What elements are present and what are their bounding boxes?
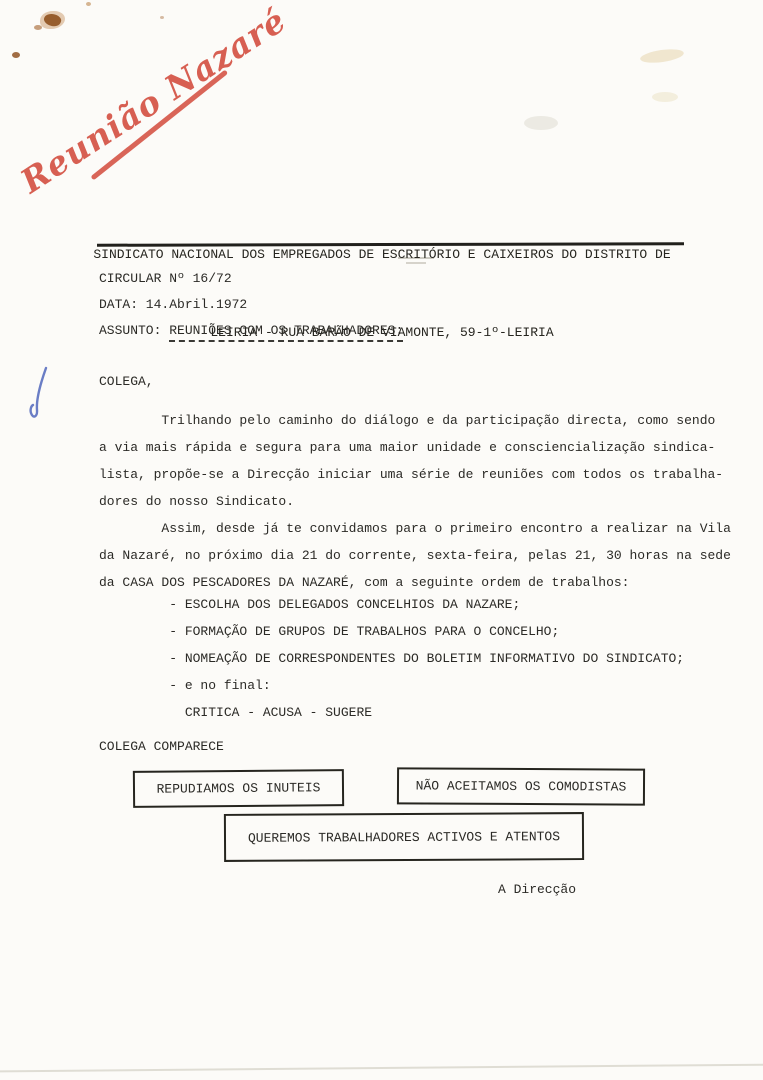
scanned-circular-page: Reunião Nazaré SINDICATO NACIONAL DOS EM… bbox=[0, 0, 763, 1080]
paragraph-2: Assim, desde já te convidamos para o pri… bbox=[99, 515, 731, 596]
signature: A Direcção bbox=[498, 876, 576, 903]
text-line: lista, propõe-se a Direcção iniciar uma … bbox=[99, 461, 723, 488]
agenda-list: - ESCOLHA DOS DELEGADOS CONCELHIOS DA NA… bbox=[99, 591, 684, 726]
text-line: CRITICA - ACUSA - SUGERE bbox=[99, 699, 684, 726]
paragraph-1: Trilhando pelo caminho do diálogo e da p… bbox=[99, 407, 723, 515]
text-line: a via mais rápida e segura para uma maio… bbox=[99, 434, 723, 461]
circular-subject: ASSUNTO: REUNIÕES COM OS TRABALHADORES: bbox=[99, 318, 403, 344]
text-line: - e no final: bbox=[99, 672, 684, 699]
slogan-text: REPUDIAMOS OS INUTEIS bbox=[157, 780, 321, 796]
text-line: Assim, desde já te convidamos para o pri… bbox=[99, 515, 731, 542]
page-edge-line bbox=[0, 1064, 763, 1073]
stain-speck bbox=[12, 52, 20, 58]
call-to-action: COLEGA COMPARECE bbox=[99, 733, 224, 760]
circular-number: CIRCULAR Nº 16/72 bbox=[99, 266, 403, 292]
text-line: - NOMEAÇÃO DE CORRESPONDENTES DO BOLETIM… bbox=[99, 645, 684, 672]
salutation: COLEGA, bbox=[99, 368, 154, 395]
subject-label: ASSUNTO: bbox=[99, 323, 169, 338]
stain-speck bbox=[86, 2, 91, 6]
blue-pen-mark bbox=[28, 366, 52, 428]
smudge bbox=[639, 47, 684, 65]
smudge bbox=[524, 116, 558, 130]
text-line: da Nazaré, no próximo dia 21 do corrente… bbox=[99, 542, 731, 569]
text-line: - ESCOLHA DOS DELEGADOS CONCELHIOS DA NA… bbox=[99, 591, 684, 618]
subject-value: REUNIÕES COM OS TRABALHADORES: bbox=[169, 323, 403, 342]
text-line: Trilhando pelo caminho do diálogo e da p… bbox=[99, 407, 723, 434]
handwritten-annotation: Reunião Nazaré bbox=[12, 0, 294, 202]
smudge bbox=[652, 92, 678, 102]
circular-meta: CIRCULAR Nº 16/72 DATA: 14.Abril.1972 AS… bbox=[99, 266, 403, 344]
slogan-box-queremos: QUEREMOS TRABALHADORES ACTIVOS E ATENTOS bbox=[224, 812, 584, 862]
slogan-box-nao-aceitamos: NÃO ACEITAMOS OS COMODISTAS bbox=[397, 767, 645, 805]
text-line: dores do nosso Sindicato. bbox=[99, 488, 723, 515]
handwritten-annotation-text: Reunião Nazaré bbox=[13, 0, 292, 200]
stain-speck bbox=[34, 25, 42, 30]
stain-speck bbox=[160, 16, 164, 19]
slogan-box-repudiamos: REPUDIAMOS OS INUTEIS bbox=[133, 769, 344, 808]
slogan-text: NÃO ACEITAMOS OS COMODISTAS bbox=[416, 778, 627, 794]
circular-date: DATA: 14.Abril.1972 bbox=[99, 292, 403, 318]
slogan-text: QUEREMOS TRABALHADORES ACTIVOS E ATENTOS bbox=[248, 829, 560, 846]
text-line: - FORMAÇÃO DE GRUPOS DE TRABALHOS PARA O… bbox=[99, 618, 684, 645]
